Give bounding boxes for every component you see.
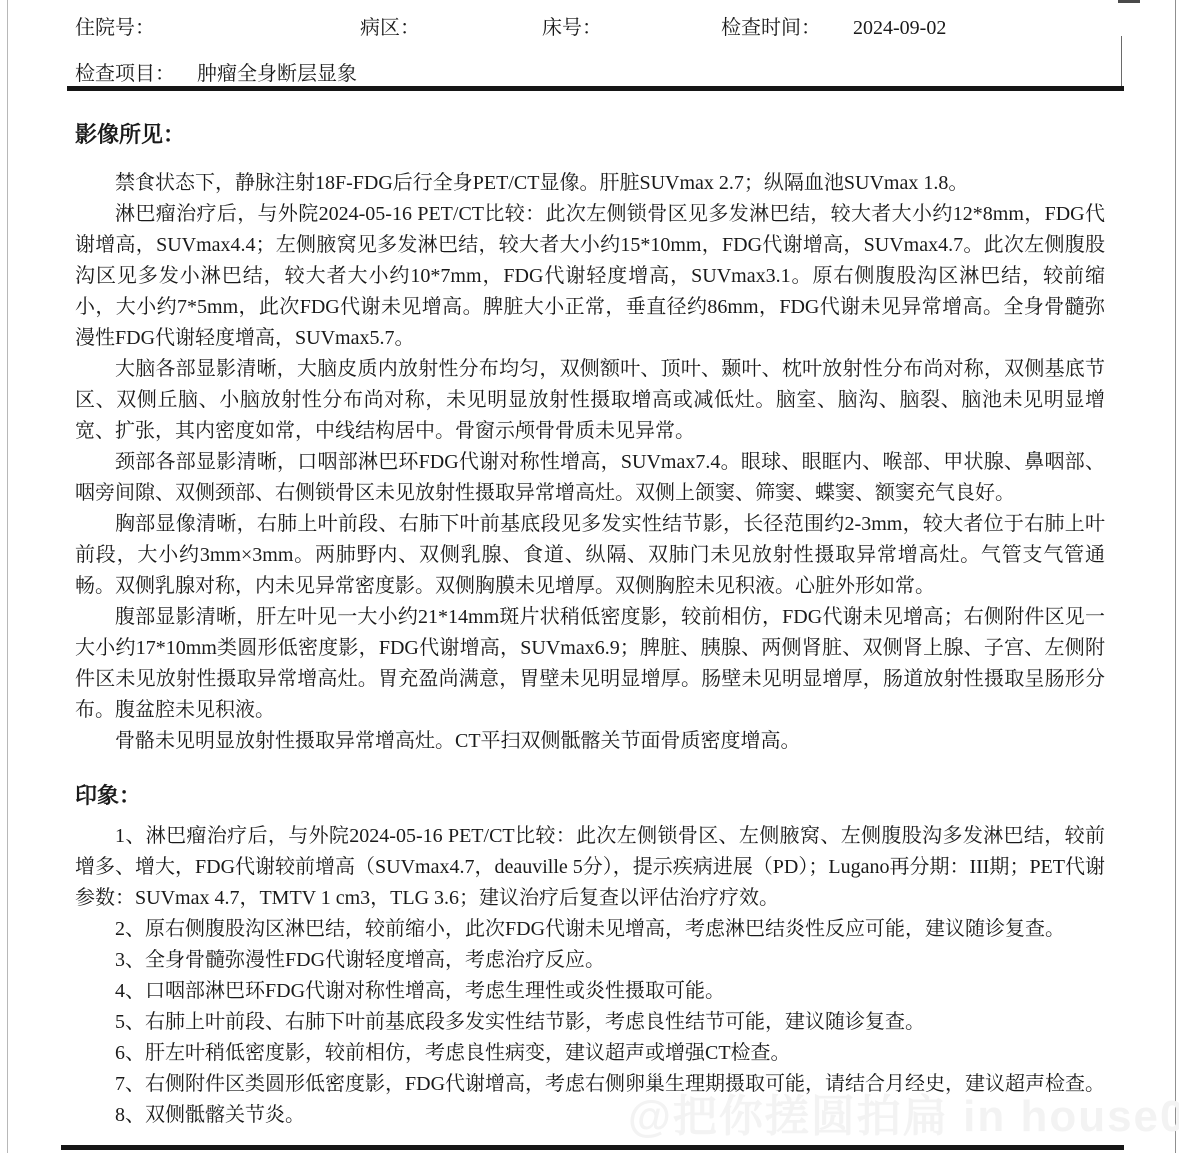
header-table-top-tick bbox=[1118, 0, 1140, 3]
findings-paragraph: 大脑各部显影清晰，大脑皮质内放射性分布均匀，双侧额叶、顶叶、颞叶、枕叶放射性分布… bbox=[75, 354, 1105, 447]
page-right-border bbox=[1175, 0, 1176, 1153]
findings-paragraph: 腹部显影清晰，肝左叶见一大小约21*14mm斑片状稍低密度影，较前相仿，FDG代… bbox=[75, 602, 1105, 726]
page-left-border bbox=[7, 0, 8, 1153]
findings-body: 禁食状态下，静脉注射18F-FDG后行全身PET/CT显像。肝脏SUVmax 2… bbox=[75, 168, 1105, 757]
impression-item: 6、肝左叶稍低密度影，较前相仿，考虑良性病变，建议超声或增强CT检查。 bbox=[75, 1038, 1105, 1069]
findings-heading: 影像所见： bbox=[75, 120, 1105, 150]
header-row-exam-item: 检查项目： 肿瘤全身断层显象 bbox=[75, 62, 1105, 86]
findings-paragraph: 颈部各部显影清晰，口咽部淋巴环FDG代谢对称性增高，SUVmax7.4。眼球、眼… bbox=[75, 447, 1105, 509]
impression-heading: 印象： bbox=[75, 781, 1105, 811]
impression-item: 2、原右侧腹股沟区淋巴结，较前缩小，此次FDG代谢未见增高，考虑淋巴结炎性反应可… bbox=[75, 914, 1105, 945]
impression-item: 8、双侧骶髂关节炎。 bbox=[75, 1100, 1105, 1131]
impression-item: 4、口咽部淋巴环FDG代谢对称性增高，考虑生理性或炎性摄取可能。 bbox=[75, 976, 1105, 1007]
header-table-right-border bbox=[1121, 36, 1122, 86]
findings-paragraph: 胸部显像清晰，右肺上叶前段、右肺下叶前基底段见多发实性结节影，长径范围约2-3m… bbox=[75, 509, 1105, 602]
findings-paragraph: 淋巴瘤治疗后，与外院2024-05-16 PET/CT比较：此次左侧锁骨区见多发… bbox=[75, 199, 1105, 354]
bed-no-label: 床号： bbox=[542, 16, 602, 40]
findings-paragraph: 禁食状态下，静脉注射18F-FDG后行全身PET/CT显像。肝脏SUVmax 2… bbox=[75, 168, 1105, 199]
exam-time-label: 检查时间： bbox=[721, 16, 821, 40]
report-content: 住院号： 病区： 床号： 检查时间： 2024-09-02 检查项目： 肿瘤全身… bbox=[75, 0, 1105, 1131]
header-row-patient: 住院号： 病区： 床号： 检查时间： 2024-09-02 bbox=[75, 16, 1105, 40]
impression-item: 3、全身骨髓弥漫性FDG代谢轻度增高，考虑治疗反应。 bbox=[75, 945, 1105, 976]
exam-time-value: 2024-09-02 bbox=[853, 16, 946, 40]
exam-item-label: 检查项目： bbox=[75, 62, 175, 86]
impression-item: 5、右肺上叶前段、右肺下叶前基底段多发实性结节影，考虑良性结节可能，建议随诊复查… bbox=[75, 1007, 1105, 1038]
exam-item-value: 肿瘤全身断层显象 bbox=[197, 62, 357, 86]
ward-label: 病区： bbox=[360, 16, 420, 40]
report-page: @把你搓圆拍扁 in house086 住院号： 病区： 床号： 检查时间： 2… bbox=[0, 0, 1179, 1153]
impression-item: 1、淋巴瘤治疗后，与外院2024-05-16 PET/CT比较：此次左侧锁骨区、… bbox=[75, 821, 1105, 914]
footer-rule bbox=[61, 1145, 1124, 1150]
findings-paragraph: 骨骼未见明显放射性摄取异常增高灶。CT平扫双侧骶髂关节面骨质密度增高。 bbox=[75, 726, 1105, 757]
impression-item: 7、右侧附件区类圆形低密度影，FDG代谢增高，考虑右侧卵巢生理期摄取可能，请结合… bbox=[75, 1069, 1105, 1100]
admission-no-label: 住院号： bbox=[75, 16, 155, 40]
impression-body: 1、淋巴瘤治疗后，与外院2024-05-16 PET/CT比较：此次左侧锁骨区、… bbox=[75, 821, 1105, 1131]
